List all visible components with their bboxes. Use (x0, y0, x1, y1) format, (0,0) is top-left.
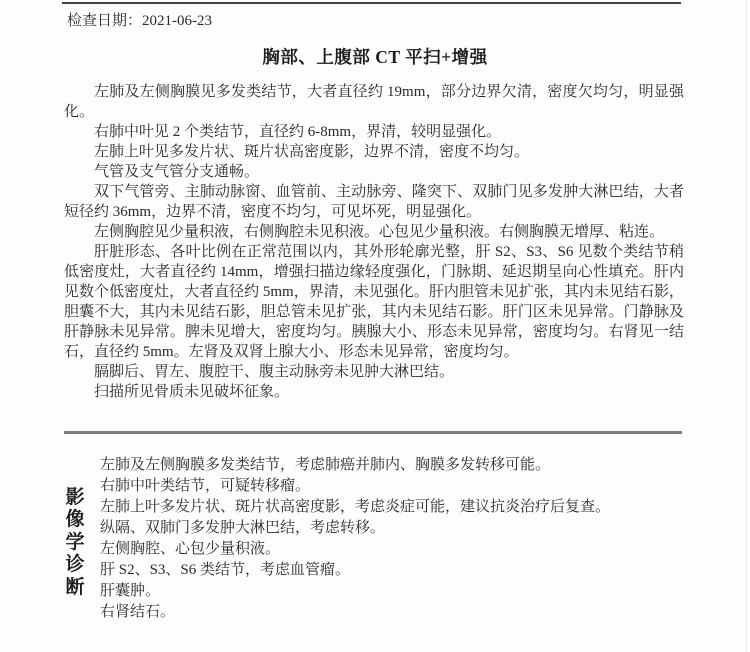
scan-edge-line (746, 0, 747, 652)
finding-paragraph: 双下气管旁、主肺动脉窗、血管前、主动脉旁、隆突下、双肺门见多发肿大淋巴结，大者短… (64, 182, 684, 222)
finding-paragraph: 扫描所见骨质未见破坏征象。 (64, 382, 684, 402)
diagnosis-item: 肝 S2、S3、S6 类结节，考虑血管瘤。 (100, 560, 675, 581)
exam-date-label: 检查日期： (67, 13, 142, 29)
diagnosis-item: 肝囊肿。 (100, 581, 675, 602)
diagnosis-item: 左肺及左侧胸膜多发类结节，考虑肺癌并肺内、胸膜多发转移可能。 (100, 455, 675, 476)
diagnosis-list: 左肺及左侧胸膜多发类结节，考虑肺癌并肺内、胸膜多发转移可能。 右肺中叶类结节，可… (100, 455, 675, 623)
diagnosis-item: 右肺中叶类结节，可疑转移瘤。 (100, 476, 675, 497)
finding-paragraph: 气管及支气管分支通畅。 (64, 162, 684, 182)
diagnosis-section-label: 影 像 学 诊 断 (62, 487, 88, 599)
findings-section: 左肺及左侧胸膜见多发类结节，大者直径约 19mm，部分边界欠清，密度欠均匀，明显… (64, 82, 684, 402)
diagnosis-item: 右肾结石。 (100, 602, 675, 623)
diagnosis-label-char: 像 (62, 509, 88, 531)
header-rule (62, 2, 681, 4)
exam-date-line: 检查日期：2021-06-23 (67, 11, 212, 31)
diagnosis-label-char: 影 (62, 487, 88, 509)
ct-report-page: 检查日期：2021-06-23 胸部、上腹部 CT 平扫+增强 左肺及左侧胸膜见… (0, 0, 750, 652)
diagnosis-item: 纵隔、双肺门多发肿大淋巴结，考虑转移。 (100, 518, 675, 539)
finding-paragraph: 肝脏形态、各叶比例在正常范围以内，其外形轮廓光整，肝 S2、S3、S6 见数个类… (64, 242, 684, 362)
diagnosis-label-char: 断 (62, 577, 88, 599)
diagnosis-item: 左侧胸腔、心包少量积液。 (100, 539, 675, 560)
diagnosis-item: 左肺上叶多发片状、斑片状高密度影，考虑炎症可能，建议抗炎治疗后复查。 (100, 497, 675, 518)
exam-date-value: 2021-06-23 (142, 13, 212, 29)
diagnosis-label-char: 诊 (62, 554, 88, 576)
report-title: 胸部、上腹部 CT 平扫+增强 (0, 44, 750, 69)
section-divider-rule (64, 431, 682, 434)
finding-paragraph: 左肺及左侧胸膜见多发类结节，大者直径约 19mm，部分边界欠清，密度欠均匀，明显… (64, 82, 684, 122)
finding-paragraph: 膈脚后、胃左、腹腔干、腹主动脉旁未见肿大淋巴结。 (64, 362, 684, 382)
finding-paragraph: 右肺中叶见 2 个类结节，直径约 6-8mm，界清，较明显强化。 (64, 122, 684, 142)
diagnosis-label-char: 学 (62, 532, 88, 554)
finding-paragraph: 左侧胸腔见少量积液，右侧胸腔未见积液。心包见少量积液。右侧胸膜无增厚、粘连。 (64, 222, 684, 242)
finding-paragraph: 左肺上叶见多发片状、斑片状高密度影，边界不清，密度不均匀。 (64, 142, 684, 162)
